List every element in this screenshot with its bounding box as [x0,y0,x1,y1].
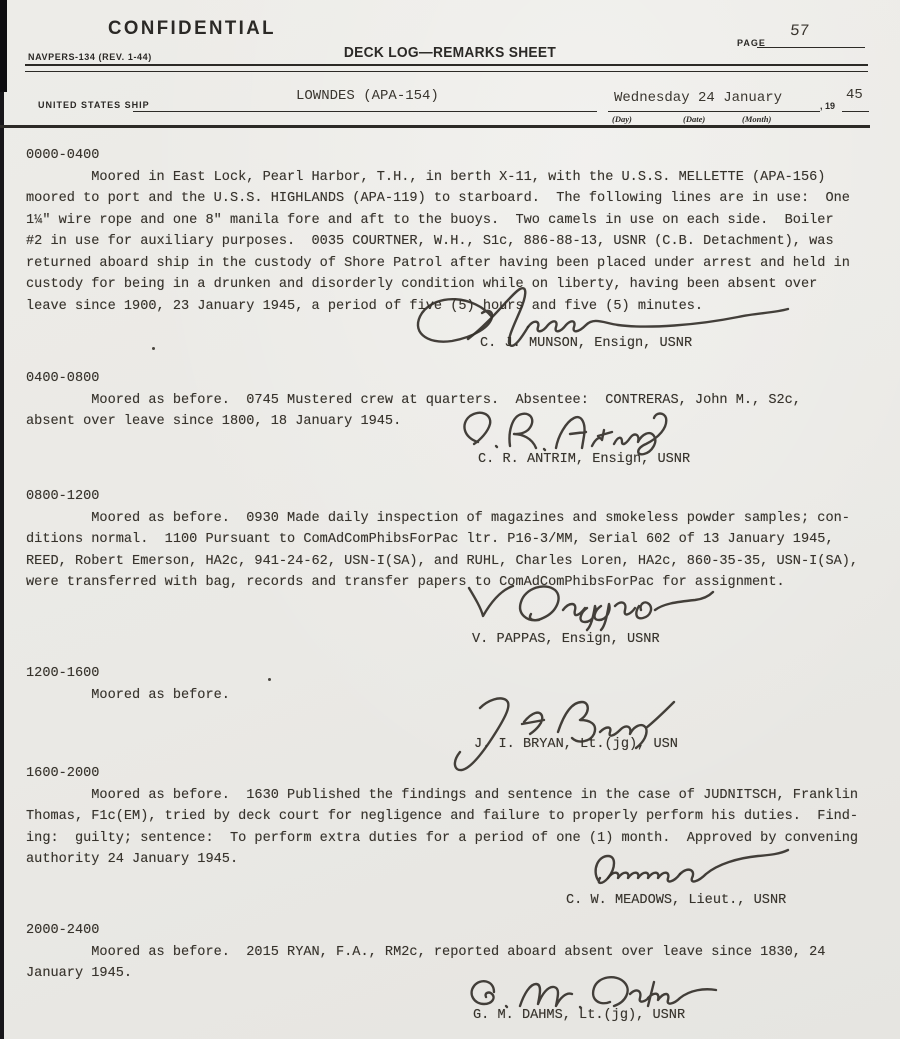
watch-heading: 0000-0400 [26,145,850,167]
scan-edge-strip [0,0,4,1039]
signature-name: C. W. MEADOWS, Lieut., USNR [566,893,786,908]
header-thick-rule [0,125,870,128]
signature-scrawl-bryan [436,692,681,776]
signature-name: V. PAPPAS, Ensign, USNR [472,632,660,647]
log-text: Moored as before. 0745 Mustered crew at … [26,390,801,433]
year-value: 45 [846,87,863,103]
log-entry-0400-0800: 0400-0800 Moored as before. 0745 Mustere… [26,368,801,433]
deck-log-remarks-sheet-page: CONFIDENTIAL PAGE 57 NAVPERS-134 (REV. 1… [0,0,900,1039]
scan-speck [152,347,155,350]
page-number: 57 [789,22,810,40]
signature-name: J. I. BRYAN, Lt.(jg), USN [474,737,678,752]
log-text: Moored as before. 0930 Made daily inspec… [26,508,858,594]
watch-heading: 0400-0800 [26,368,801,390]
scan-edge-corner [0,0,7,92]
signature-name: C. R. ANTRIM, Ensign, USNR [478,452,690,467]
day-caption: (Day) [612,114,632,124]
log-text: Moored as before. [26,685,230,707]
sheet-title: DECK LOG—REMARKS SHEET [23,45,878,61]
header-double-rule [25,64,868,72]
scan-speck [268,678,271,681]
log-entry-1200-1600: 1200-1600 Moored as before. [26,663,230,706]
watch-heading: 0800-1200 [26,486,858,508]
signature-scrawl-pappas [455,580,720,632]
signature-name: G. M. DAHMS, Lt.(jg), USNR [473,1008,685,1023]
ship-name: LOWNDES (APA-154) [296,88,439,104]
watch-heading: 2000-2400 [26,920,825,942]
year-prefix: , 19 [820,101,835,111]
signature-scrawl-meadows [578,846,803,894]
signature-name: C. J. MUNSON, Ensign, USNR [480,336,692,351]
watch-heading: 1200-1600 [26,663,230,685]
date-caption: (Date) [683,114,705,124]
month-caption: (Month) [742,114,771,124]
log-entry-0800-1200: 0800-1200 Moored as before. 0930 Made da… [26,486,858,594]
date-value: Wednesday 24 January [614,90,782,106]
classification-stamp: CONFIDENTIAL [108,18,276,40]
